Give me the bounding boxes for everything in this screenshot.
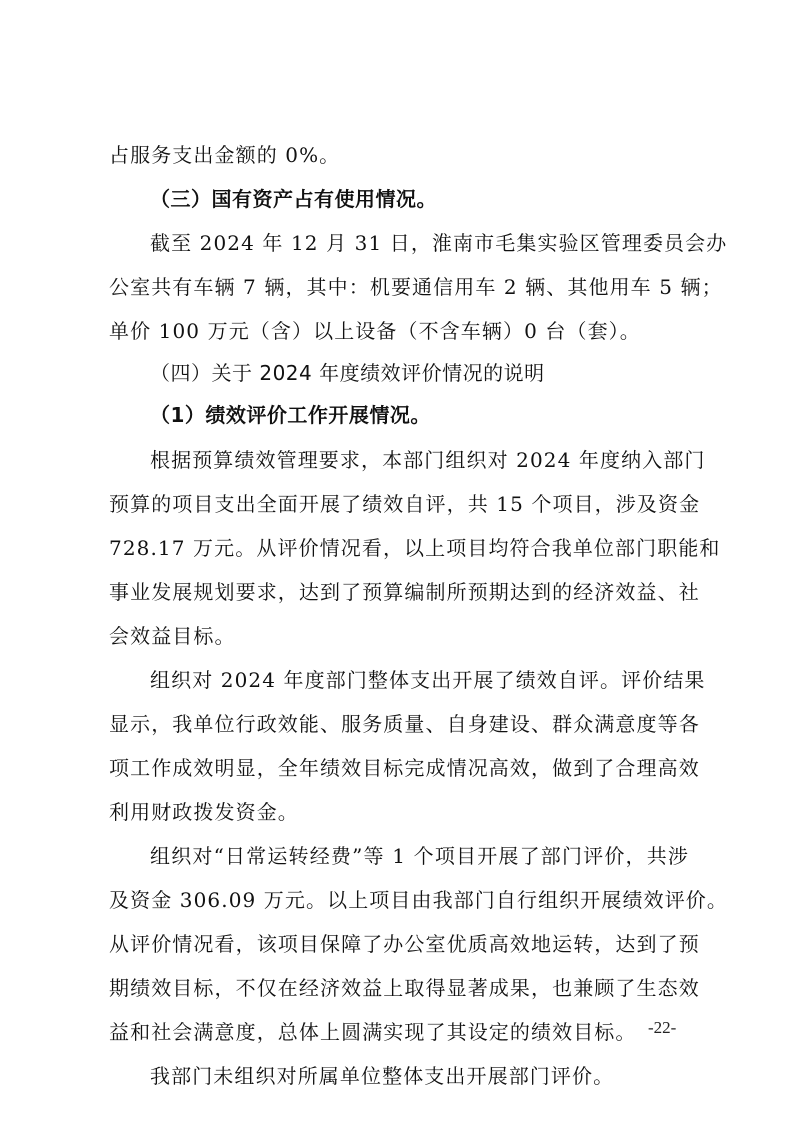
paragraph-line: 利用财政拨发资金。 [109,798,689,826]
paragraph-line: 组织对“日常运转经费”等 1 个项目开展了部门评价，共涉 [150,842,689,870]
paragraph-line: 会效益目标。 [109,622,689,650]
paragraph-line: 显示，我单位行政效能、服务质量、自身建设、群众满意度等各 [109,710,689,738]
paragraph-line: 截至 2024 年 12 月 31 日，淮南市毛集实验区管理委员会办 [150,229,689,257]
page-number: -22- [648,1016,676,1040]
document-page: 占服务支出金额的 0%。 （三）国有资产占有使用情况。 截至 2024 年 12… [0,0,793,1122]
paragraph-line: 预算的项目支出全面开展了绩效自评，共 15 个项目，涉及资金 [109,490,689,518]
paragraph-line: 我部门未组织对所属单位整体支出开展部门评价。 [150,1062,689,1090]
paragraph-line: 及资金 306.09 万元。以上项目由我部门自行组织开展绩效评价。 [109,886,689,914]
paragraph-line: 公室共有车辆 7 辆，其中：机要通信用车 2 辆、其他用车 5 辆； [109,273,689,301]
section-heading-state-assets: （三）国有资产占有使用情况。 [150,185,689,213]
paragraph-line: 从评价情况看，该项目保障了办公室优质高效地运转，达到了预 [109,930,689,958]
paragraph-line: 组织对 2024 年度部门整体支出开展了绩效自评。评价结果 [150,666,689,694]
paragraph-line: 728.17 万元。从评价情况看，以上项目均符合我单位部门职能和 [109,534,689,562]
paragraph-line: 益和社会满意度，总体上圆满实现了其设定的绩效目标。 [109,1018,689,1046]
paragraph-line: 占服务支出金额的 0%。 [109,141,689,169]
paragraph-line: 项工作成效明显，全年绩效目标完成情况高效，做到了合理高效 [109,754,689,782]
subsection-heading-evaluation-work: （1）绩效评价工作开展情况。 [150,401,689,429]
paragraph-line: 事业发展规划要求，达到了预算编制所预期达到的经济效益、社 [109,578,689,606]
section-heading-performance-evaluation: （四）关于 2024 年度绩效评价情况的说明 [150,359,689,387]
paragraph-line: 单价 100 万元（含）以上设备（不含车辆）0 台（套）。 [109,317,689,345]
paragraph-line: 期绩效目标，不仅在经济效益上取得显著成果，也兼顾了生态效 [109,974,689,1002]
paragraph-line: 根据预算绩效管理要求，本部门组织对 2024 年度纳入部门 [150,446,689,474]
